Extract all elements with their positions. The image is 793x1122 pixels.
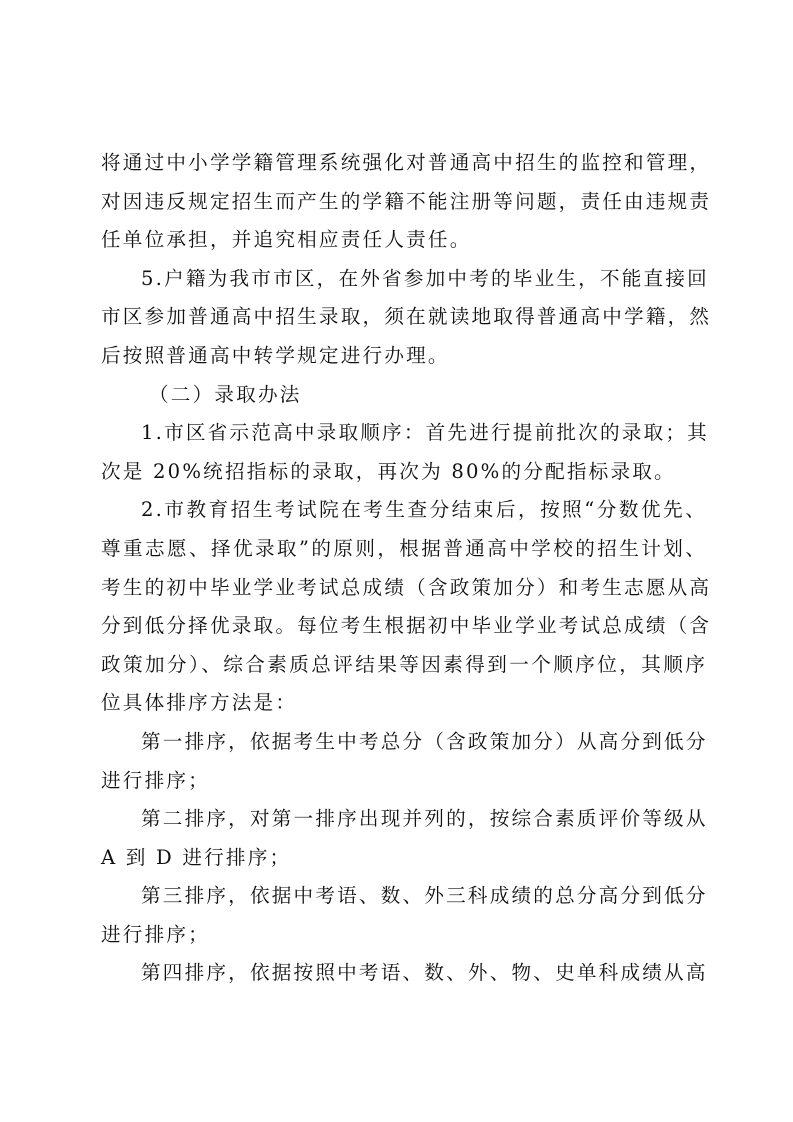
line-1: 将通过中小学学籍管理系统强化对普通高中招生的监控和管理， xyxy=(101,144,707,183)
section-heading: （二）录取办法 xyxy=(101,376,707,415)
line-3: 任单位承担，并追究相应责任人责任。 xyxy=(101,221,707,260)
item-2-line-4: 分到低分择优录取。每位考生根据初中毕业学业考试总成绩（含 xyxy=(101,607,707,646)
item-2-line-3: 考生的初中毕业学业考试总成绩（含政策加分）和考生志愿从高 xyxy=(101,569,707,608)
document-page: 将通过中小学学籍管理系统强化对普通高中招生的监控和管理， 对因违反规定招生而产生… xyxy=(0,0,793,1122)
item-2-line-5: 政策加分）、综合素质总评结果等因素得到一个顺序位，其顺序 xyxy=(101,646,707,685)
item-1-line-2: 次是 20%统招指标的录取，再次为 80%的分配指标录取。 xyxy=(101,453,707,492)
item-2-line-1: 2.市教育招生考试院在考生查分结束后，按照“分数优先、 xyxy=(101,491,707,530)
rank-3-line-2: 进行排序； xyxy=(101,916,707,955)
rank-1-line-2: 进行排序； xyxy=(101,762,707,801)
item-5-line-2: 市区参加普通高中招生录取，须在就读地取得普通高中学籍，然 xyxy=(101,298,707,337)
line-2: 对因违反规定招生而产生的学籍不能注册等问题，责任由违规责 xyxy=(101,183,707,222)
rank-2-line-2: A 到 D 进行排序； xyxy=(101,839,707,878)
rank-1-line-1: 第一排序，依据考生中考总分（含政策加分）从高分到低分 xyxy=(101,723,707,762)
item-5-line-1: 5.户籍为我市市区，在外省参加中考的毕业生，不能直接回 xyxy=(101,260,707,299)
item-1-line-1: 1.市区省示范高中录取顺序：首先进行提前批次的录取；其 xyxy=(101,414,707,453)
rank-4-line-1: 第四排序，依据按照中考语、数、外、物、史单科成绩从高 xyxy=(101,954,707,993)
item-2-line-2: 尊重志愿、择优录取”的原则，根据普通高中学校的招生计划、 xyxy=(101,530,707,569)
item-2-line-6: 位具体排序方法是： xyxy=(101,684,707,723)
rank-3-line-1: 第三排序，依据中考语、数、外三科成绩的总分高分到低分 xyxy=(101,877,707,916)
item-5-line-3: 后按照普通高中转学规定进行办理。 xyxy=(101,337,707,376)
rank-2-line-1: 第二排序，对第一排序出现并列的，按综合素质评价等级从 xyxy=(101,800,707,839)
body-text: 将通过中小学学籍管理系统强化对普通高中招生的监控和管理， 对因违反规定招生而产生… xyxy=(101,144,707,993)
